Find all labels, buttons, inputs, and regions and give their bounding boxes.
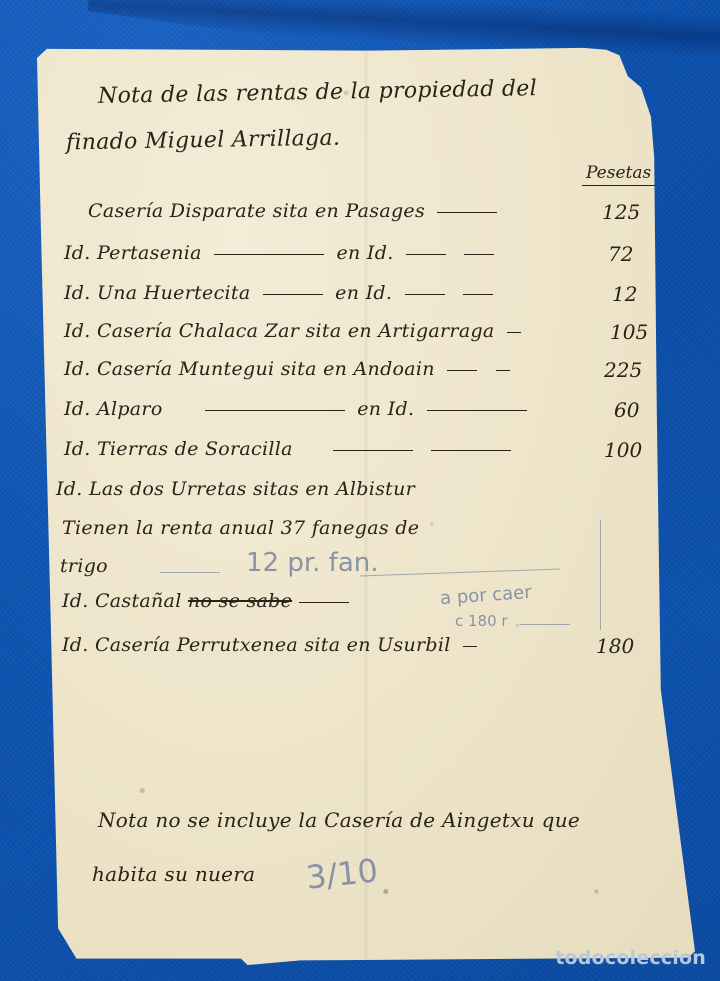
entry-row: Id. Castañal no se sabe xyxy=(62,590,355,612)
entry-row: Tienen la renta anual 37 fanegas de xyxy=(62,517,419,539)
entry-amount: 60 xyxy=(614,398,639,422)
leader-dash xyxy=(464,254,494,255)
leader-dash xyxy=(463,294,493,295)
leader-dash xyxy=(299,602,349,603)
leader-dash xyxy=(263,294,323,295)
entry-description: Id. Casería Muntegui sita en Andoain xyxy=(64,358,435,380)
pencil-note-trigo: 12 pr. fan. xyxy=(246,548,379,578)
entry-amount: 180 xyxy=(596,634,634,658)
entry-location: en Id. xyxy=(337,242,394,264)
leader-dash xyxy=(463,646,477,647)
entry-description: Id. Pertasenia xyxy=(64,242,202,264)
entry-location: en Id. xyxy=(335,282,392,304)
entry-description: Id. Tierras de Soracilla xyxy=(64,438,293,460)
leader-dash xyxy=(431,450,511,451)
entry-row: Casería Disparate sita en Pasages xyxy=(88,200,503,222)
entry-row: Id. Una Huertecita en Id. xyxy=(64,282,499,304)
entry-amount: 105 xyxy=(610,320,648,344)
entry-row: Id. Tierras de Soracilla xyxy=(64,438,517,460)
leader-dash xyxy=(214,254,324,255)
entry-row: Id. Las dos Urretas sitas en Albistur xyxy=(56,478,415,500)
leader-dash xyxy=(427,410,527,411)
pencil-stroke xyxy=(160,572,220,573)
todocoleccion-watermark: todocoleccion xyxy=(555,947,706,969)
entry-description: Id. Casería Chalaca Zar sita en Artigarr… xyxy=(64,320,495,342)
leader-dash xyxy=(405,294,445,295)
entry-amount: 12 xyxy=(612,282,637,306)
entry-row: Id. Alparo en Id. xyxy=(64,398,533,420)
leader-dash xyxy=(507,332,521,333)
entry-row: Id. Casería Chalaca Zar sita en Artigarr… xyxy=(64,320,527,342)
entry-amount: 225 xyxy=(604,358,642,382)
entry-amount: 100 xyxy=(604,438,642,462)
pencil-stroke xyxy=(520,624,570,625)
entry-description: Id. Alparo xyxy=(64,398,163,420)
entry-description: Id. Una Huertecita xyxy=(64,282,250,304)
entry-row: Id. Casería Muntegui sita en Andoain xyxy=(64,358,516,380)
footnote-line-1: Nota no se incluye la Casería de Aingetx… xyxy=(98,808,580,832)
entry-row: Id. Casería Perrutxenea sita en Usurbil xyxy=(62,634,483,656)
column-header-pesetas: Pesetas xyxy=(582,163,655,186)
leader-dash xyxy=(333,450,413,451)
pencil-bracket xyxy=(600,520,601,630)
entry-row: Id. Pertasenia en Id. xyxy=(64,242,500,264)
pencil-note-bottom: 3/10 xyxy=(304,851,379,896)
leader-dash xyxy=(496,370,510,371)
leader-dash xyxy=(437,212,497,213)
footnote-line-2: habita su nuera xyxy=(92,862,255,886)
entry-row: trigo xyxy=(60,555,108,577)
entry-description: Id. Castañal xyxy=(62,590,182,612)
leader-dash xyxy=(447,370,477,371)
entry-description: Casería Disparate sita en Pasages xyxy=(88,200,425,222)
entry-amount: 72 xyxy=(608,242,633,266)
document-title-line-2: finado Miguel Arrillaga. xyxy=(66,126,341,156)
entry-location: en Id. xyxy=(357,398,414,420)
pencil-note-castanal-2: c 180 r xyxy=(455,612,508,630)
entry-amount: 125 xyxy=(602,200,640,224)
leader-dash xyxy=(205,410,345,411)
entry-description: Id. Casería Perrutxenea sita en Usurbil xyxy=(62,634,451,656)
leader-dash xyxy=(406,254,446,255)
struck-text: no se sabe xyxy=(188,590,292,612)
